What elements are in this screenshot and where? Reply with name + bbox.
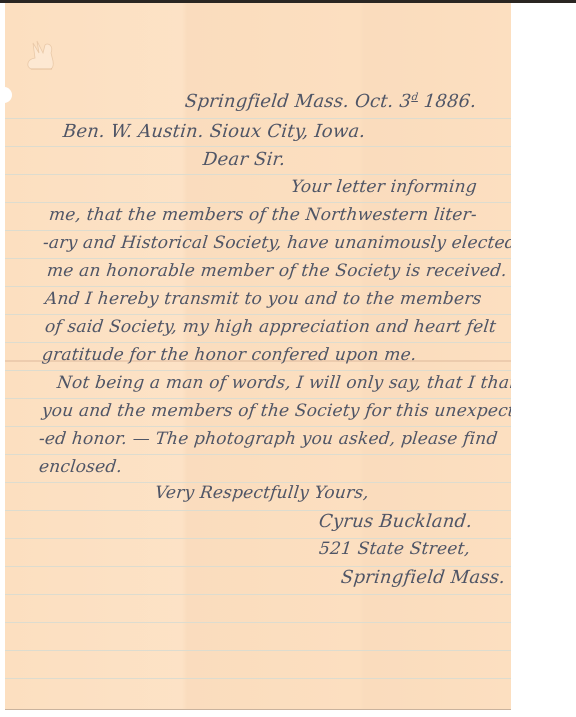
signature-name: Cyrus Buckland. <box>318 511 473 532</box>
dateline-place: Springfield Mass. <box>184 91 350 112</box>
scan-frame: Springfield Mass. Oct. 3d 1886. Ben. W. … <box>0 0 576 717</box>
body-line: -ary and Historical Society, have unanim… <box>42 233 511 253</box>
body-line: me an honorable member of the Society is… <box>46 261 508 281</box>
ruled-line <box>5 650 511 651</box>
body-line: -ed honor. — The photograph you asked, p… <box>38 429 499 449</box>
ruled-line <box>5 426 511 427</box>
ruled-line <box>5 202 511 203</box>
signature-city: Springfield Mass. <box>340 567 506 588</box>
dateline: Springfield Mass. Oct. 3d 1886. <box>184 91 478 112</box>
dateline-month: Oct. <box>354 91 395 112</box>
body-line: you and the members of the Society for t… <box>41 401 511 421</box>
ruled-line <box>5 454 511 455</box>
body-line: gratitude for the honor confered upon me… <box>41 345 418 365</box>
ruled-line <box>5 594 511 595</box>
dateline-day-suffix: d <box>411 92 419 103</box>
letter-page: Springfield Mass. Oct. 3d 1886. Ben. W. … <box>5 3 511 709</box>
ruled-line <box>5 622 511 623</box>
salutation: Dear Sir. <box>202 149 287 170</box>
ruled-line <box>5 314 511 315</box>
paper-tear-edge <box>5 87 12 103</box>
body-line: of said Society, my high appreciation an… <box>44 317 497 337</box>
ruled-line <box>5 258 511 259</box>
body-line: Your letter informing <box>290 177 478 197</box>
dateline-year: 1886. <box>423 91 478 112</box>
body-line: me, that the members of the Northwestern… <box>48 205 478 225</box>
ruled-line <box>5 174 511 175</box>
body-line: Not being a man of words, I will only sa… <box>56 373 511 393</box>
ruled-line <box>5 118 511 119</box>
ruled-line <box>5 286 511 287</box>
winged-sphinx-emboss-icon <box>23 31 63 75</box>
ruled-line <box>5 398 511 399</box>
ruled-line <box>5 678 511 679</box>
signature-street: 521 State Street, <box>318 539 471 559</box>
closing: Very Respectfully Yours, <box>154 483 370 503</box>
ruled-line <box>5 230 511 231</box>
ruled-line <box>5 146 511 147</box>
ruled-line <box>5 370 511 371</box>
ruled-line <box>5 342 511 343</box>
body-line: And I hereby transmit to you and to the … <box>44 289 483 309</box>
addressee: Ben. W. Austin. Sioux City, Iowa. <box>62 121 367 142</box>
body-line: enclosed. <box>38 457 123 477</box>
